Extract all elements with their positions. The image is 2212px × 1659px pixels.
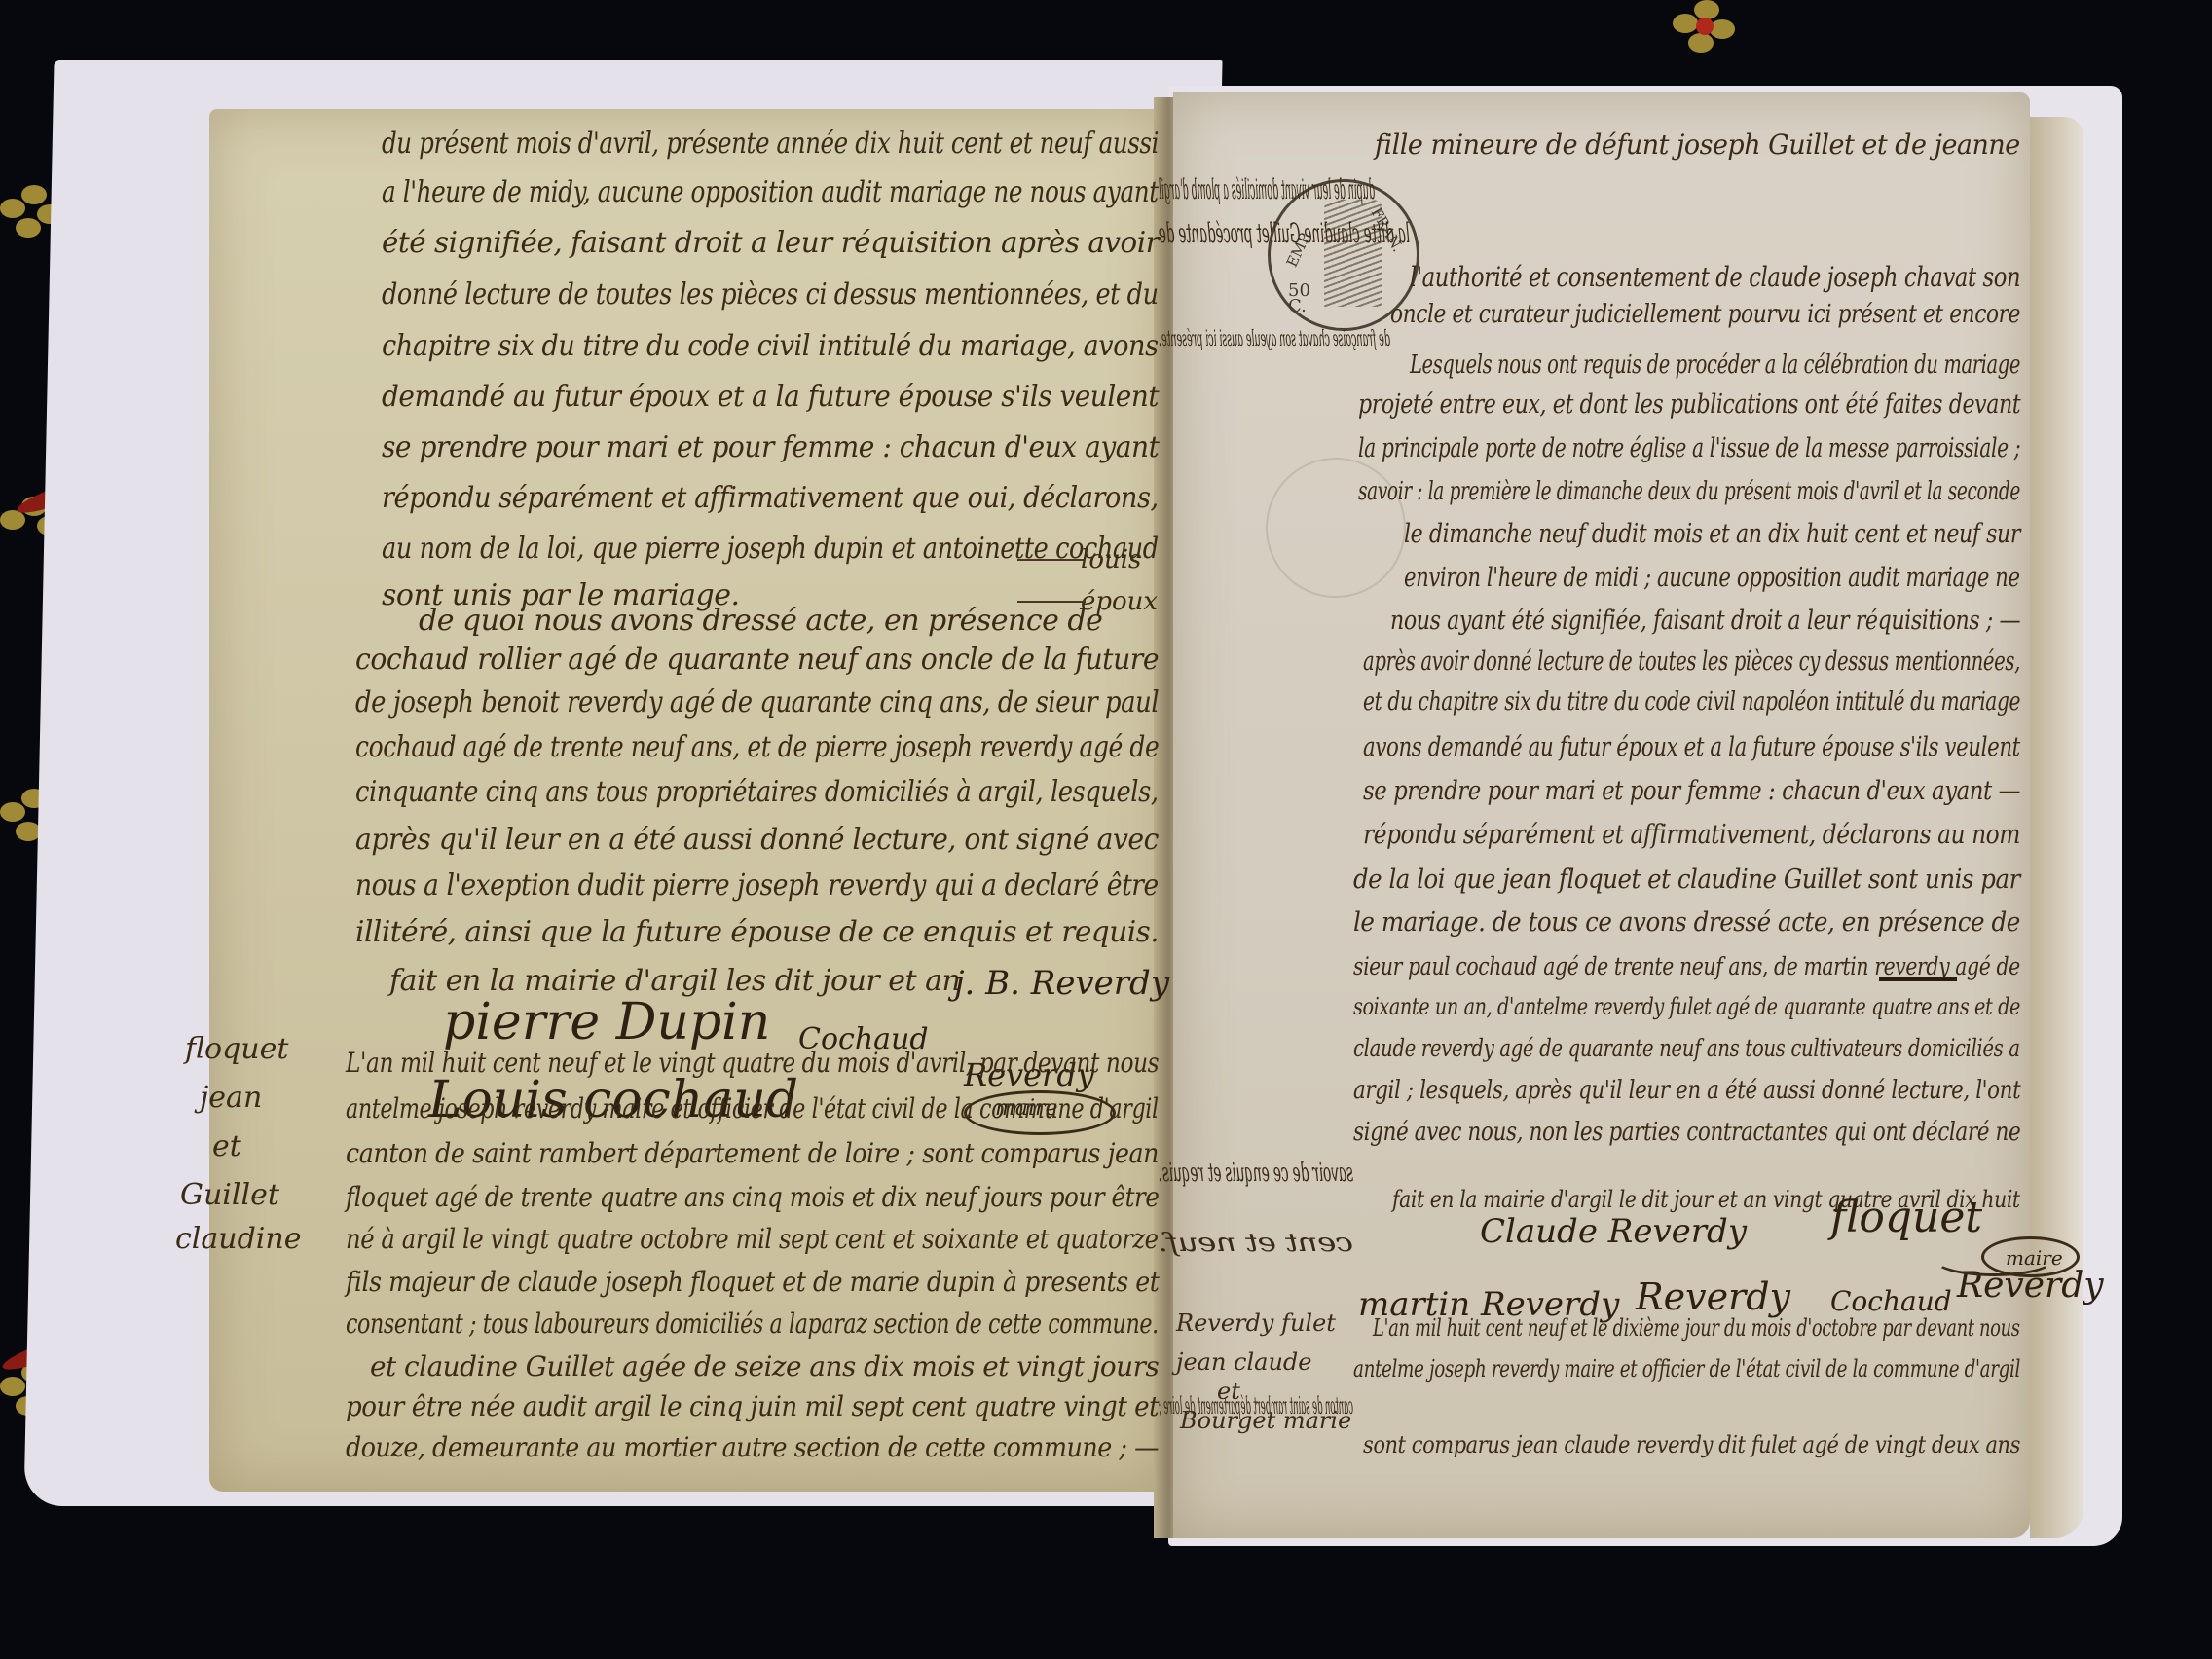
text-line: antelme joseph reverdy maire et officier… bbox=[346, 1092, 1159, 1124]
text-line: dupin de leur vivant domiciliés a plomb … bbox=[1159, 173, 1375, 205]
line-filler-dash bbox=[1017, 559, 1086, 561]
text-line: donné lecture de toutes les pièces ci de… bbox=[382, 277, 1159, 312]
margin-name: jean bbox=[200, 1081, 262, 1115]
text-line: L'an mil huit cent neuf et le dixième jo… bbox=[1373, 1314, 2020, 1342]
right-page-stacked-edges bbox=[2030, 117, 2083, 1538]
text-line: de la loi que jean floquet et claudine G… bbox=[1353, 865, 2020, 895]
text-line: consentant ; tous laboureurs domiciliés … bbox=[346, 1308, 1159, 1340]
text-line: de françoise chavat son ayeule aussi ici… bbox=[1159, 327, 1390, 351]
text-line: le mariage. de tous ce avons dressé acte… bbox=[1353, 907, 2020, 938]
text-line: cochaud agé de trente neuf ans, et de pi… bbox=[355, 730, 1159, 764]
text-line: et claudine Guillet agée de seize ans di… bbox=[370, 1350, 1159, 1382]
text-line: floquet agé de trente quatre ans cinq mo… bbox=[346, 1181, 1159, 1213]
text-line: environ l'heure de midi ; aucune opposit… bbox=[1404, 563, 2020, 593]
text-line: signé avec nous, non les parties contrac… bbox=[1353, 1118, 2020, 1147]
text-line: cent et neuf. bbox=[1159, 1229, 1353, 1258]
text-line: oncle et curateur judiciellement pourvu … bbox=[1390, 300, 2020, 329]
text-line: pour être née audit argil le cinq juin m… bbox=[346, 1390, 1159, 1422]
maire-label: maire bbox=[2006, 1246, 2063, 1270]
text-line: argil ; lesquels, après qu'il leur en a … bbox=[1353, 1076, 2020, 1105]
text-line: chapitre six du titre du code civil inti… bbox=[382, 329, 1159, 363]
text-line: Lesquels nous ont requis de procéder a l… bbox=[1410, 350, 2020, 380]
text-line: savoir de ce enquis et requis. bbox=[1159, 1159, 1353, 1188]
text-line: répondu séparément et affirmativement, d… bbox=[1363, 820, 2020, 850]
margin-name: claudine bbox=[175, 1222, 301, 1256]
text-line: cinquante cinq ans tous propriétaires do… bbox=[355, 775, 1159, 809]
signature-cochaud: Cochaud bbox=[1830, 1285, 1952, 1317]
text-line: nous ayant été signifiée, faisant droit … bbox=[1390, 606, 2020, 636]
text-line: de joseph benoit reverdy agé de quarante… bbox=[355, 685, 1159, 719]
text-line: la principale porte de notre église a l'… bbox=[1358, 433, 2020, 463]
text-line: L'an mil huit cent neuf et le vingt quat… bbox=[346, 1047, 1159, 1079]
text-line: projeté entre eux, et dont les publicati… bbox=[1358, 389, 2020, 420]
text-line: de quoi nous avons dressé acte, en prése… bbox=[419, 604, 1102, 638]
text-line: répondu séparément et affirmativement qu… bbox=[382, 481, 1159, 515]
text-line: après qu'il leur en a été aussi donné le… bbox=[355, 823, 1159, 857]
margin-name: jean claude bbox=[1176, 1348, 1312, 1376]
text-line: canton de saint rambert département de l… bbox=[1159, 1392, 1353, 1419]
text-line: se prendre pour mari et pour femme : cha… bbox=[1363, 776, 2020, 806]
text-line: cochaud rollier agé de quarante neuf ans… bbox=[355, 643, 1159, 677]
margin-name: Guillet bbox=[180, 1178, 279, 1212]
line-filler-dash bbox=[1017, 601, 1086, 603]
text-line: douze, demeurante au mortier autre secti… bbox=[346, 1431, 1159, 1463]
flower-motif-icon bbox=[1673, 0, 1741, 58]
text-line: l'authorité et consentement de claude jo… bbox=[1410, 261, 2020, 293]
text-line: après avoir donné lecture de toutes les … bbox=[1363, 646, 2020, 677]
signature-claude-reverdy: Claude Reverdy bbox=[1480, 1212, 1747, 1251]
text-line: été signifiée, faisant droit a leur réqu… bbox=[382, 226, 1159, 260]
signature-reverdy: Reverdy bbox=[1636, 1275, 1790, 1318]
text-line: se prendre pour mari et pour femme : cha… bbox=[382, 430, 1159, 464]
text-line: soixante un an, d'antelme reverdy fulet … bbox=[1353, 993, 2020, 1020]
text-line: la ditte claudine Guillet procédante de bbox=[1159, 217, 1410, 249]
text-line: demandé au futur époux et a la future ép… bbox=[382, 380, 1159, 414]
signature-pierre-dupin: pierre Dupin bbox=[443, 993, 770, 1051]
margin-note: époux bbox=[1081, 587, 1158, 616]
margin-name: Reverdy fulet bbox=[1176, 1309, 1336, 1337]
text-line: claude reverdy agé de quarante neuf ans … bbox=[1353, 1034, 2020, 1062]
stamp-value: 50 C. bbox=[1288, 283, 1310, 314]
text-line: illitéré, ainsi que la future épouse de … bbox=[355, 915, 1159, 949]
text-line: nous a l'exeption dudit pierre joseph re… bbox=[355, 868, 1159, 903]
text-line: fille mineure de défunt joseph Guillet e… bbox=[1375, 129, 2020, 161]
text-line: antelme joseph reverdy maire et officier… bbox=[1353, 1355, 2020, 1382]
margin-name: et bbox=[212, 1129, 241, 1163]
strike-through bbox=[1879, 977, 1957, 981]
text-line: et du chapitre six du titre du code civi… bbox=[1363, 687, 2020, 717]
margin-note: louis bbox=[1081, 545, 1141, 574]
stamp-value-unit: C. bbox=[1288, 296, 1307, 316]
signature-jb-reverdy: j. B. Reverdy bbox=[954, 964, 1169, 1003]
text-line: sont comparus jean claude reverdy dit fu… bbox=[1363, 1431, 2020, 1458]
text-line: savoir : la première le dimanche deux du… bbox=[1358, 477, 2020, 506]
text-line: a l'heure de midy, aucune opposition aud… bbox=[382, 175, 1159, 209]
text-line: fils majeur de claude joseph floquet et … bbox=[346, 1266, 1159, 1298]
text-line: avons demandé au futur époux et a la fut… bbox=[1363, 732, 2020, 762]
text-line: du présent mois d'avril, présente année … bbox=[382, 127, 1159, 161]
text-line: le dimanche neuf dudit mois et an dix hu… bbox=[1404, 519, 2020, 549]
margin-name: floquet bbox=[185, 1032, 288, 1066]
text-line: né à argil le vingt quatre octobre mil s… bbox=[346, 1223, 1159, 1255]
text-line: canton de saint rambert département de l… bbox=[346, 1137, 1159, 1169]
signature-floquet: floquet bbox=[1830, 1193, 1982, 1242]
